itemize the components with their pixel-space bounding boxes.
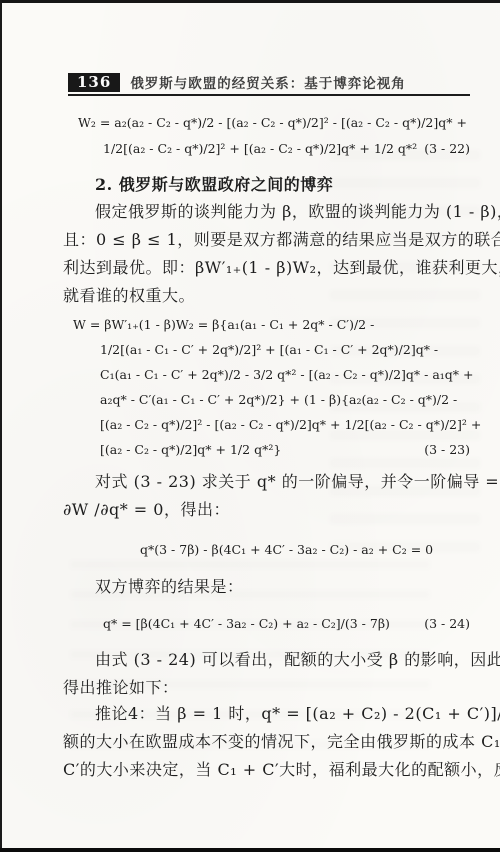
text-line: ∂W /∂q* = 0，得出： (63, 496, 470, 524)
section-heading: 2. 俄罗斯与欧盟政府之间的博弈 (95, 172, 333, 195)
text-line: 且：0 ≤ β ≤ 1，则要是双方都满意的结果应当是双方的联合福 (63, 226, 470, 254)
header-title: 俄罗斯与欧盟的经贸关系：基于博弈论视角 (130, 72, 406, 92)
formula-line: q* = [β(4C₁ + 4C′ - 3a₂ - C₂) + a₂ - C₂]… (103, 612, 470, 636)
equation-label-3-24: (3 - 24) (424, 612, 470, 636)
formula-line: 1/2[(a₁ - C₁ - C′ + 2q*)/2]² + [(a₁ - C₁… (100, 337, 470, 362)
equation-label-3-22: (3 - 22) (424, 136, 470, 162)
formula-line: C₁(a₁ - C₁ - C′ + 2q*)/2 - 3/2 q*² - [(a… (100, 362, 470, 387)
result-intro-line: 双方博弈的结果是： (95, 574, 244, 597)
paragraph-derivative: 对式 (3 - 23) 求关于 q* 的一阶偏导，并令一阶偏导 = 0，即 ∂W… (63, 468, 470, 524)
text-line: 就看谁的权重大。 (63, 282, 470, 310)
formula-line: W₂ = a₂(a₂ - C₂ - q*)/2 - [(a₂ - C₂ - q*… (78, 110, 470, 136)
text-line: 对式 (3 - 23) 求关于 q* 的一阶偏导，并令一阶偏导 = 0，即 (63, 468, 470, 496)
paragraph-negotiation: 假定俄罗斯的谈判能力为 β，欧盟的谈判能力为 (1 - β)， 且：0 ≤ β … (63, 198, 470, 310)
formula-line-text: [(a₂ - C₂ - q*)/2]q* + 1/2 q*²} (100, 442, 281, 457)
left-edge-line (0, 0, 2, 852)
formula-line: W = βW′₁₊(1 - β)W₂ = β{a₁(a₁ - C₁ + 2q* … (73, 312, 470, 337)
equation-3-22: W₂ = a₂(a₂ - C₂ - q*)/2 - [(a₂ - C₂ - q*… (78, 110, 470, 162)
formula-line: a₂q* - C′(a₁ - C₁ - C′ + 2q*)/2} + (1 - … (100, 387, 470, 412)
text-line: C′的大小来决定，当 C₁ + C′大时，福利最大化的配额小，反之 (63, 756, 470, 784)
text-line: 由式 (3 - 24) 可以看出，配额的大小受 β 的影响，因此 (63, 646, 470, 674)
text-line: 得出推论如下： (63, 674, 470, 702)
page-header: 136 俄罗斯与欧盟的经贸关系：基于博弈论视角 (68, 70, 470, 96)
book-page-scan: 136 俄罗斯与欧盟的经贸关系：基于博弈论视角 W₂ = a₂(a₂ - C₂ … (0, 0, 500, 852)
text-line: 推论4：当 β = 1 时，q* = [(a₂ + C₂) - 2(C₁ + C… (63, 700, 470, 728)
equation-label-3-23: (3 - 23) (424, 437, 470, 462)
formula-line: 1/2[(a₂ - C₂ - q*)/2]² + [(a₂ - C₂ - q*)… (103, 136, 470, 162)
equation-3-24: q* = [β(4C₁ + 4C′ - 3a₂ - C₂) + a₂ - C₂]… (103, 612, 470, 636)
formula-line-text: 1/2[(a₂ - C₂ - q*)/2]² + [(a₂ - C₂ - q*)… (103, 141, 417, 156)
page-number-badge: 136 (68, 73, 120, 92)
formula-line: [(a₂ - C₂ - q*)/2]q* + 1/2 q*²} (3 - 23) (100, 437, 470, 462)
formula-line: [(a₂ - C₂ - q*)/2]² - [(a₂ - C₂ - q*)/2]… (100, 412, 470, 437)
text-line: 额的大小在欧盟成本不变的情况下，完全由俄罗斯的成本 C₁ + (63, 728, 470, 756)
formula-line-text: q* = [β(4C₁ + 4C′ - 3a₂ - C₂) + a₂ - C₂]… (103, 616, 390, 631)
text-line: 假定俄罗斯的谈判能力为 β，欧盟的谈判能力为 (1 - β)， (63, 198, 470, 226)
first-order-condition-equation: q*(3 - 7β) - β(4C₁ + 4C′ - 3a₂ - C₂) - a… (140, 538, 433, 562)
paragraph-corollary-4: 推论4：当 β = 1 时，q* = [(a₂ + C₂) - 2(C₁ + C… (63, 700, 470, 784)
top-edge-line (0, 0, 500, 3)
paragraph-beta-effect: 由式 (3 - 24) 可以看出，配额的大小受 β 的影响，因此 得出推论如下： (63, 646, 470, 702)
equation-3-23: W = βW′₁₊(1 - β)W₂ = β{a₁(a₁ - C₁ + 2q* … (73, 312, 470, 462)
text-line: 利达到最优。即：βW′₁₊(1 - β)W₂，达到最优，谁获利更大， (63, 254, 470, 282)
bottom-edge-line (0, 848, 500, 852)
